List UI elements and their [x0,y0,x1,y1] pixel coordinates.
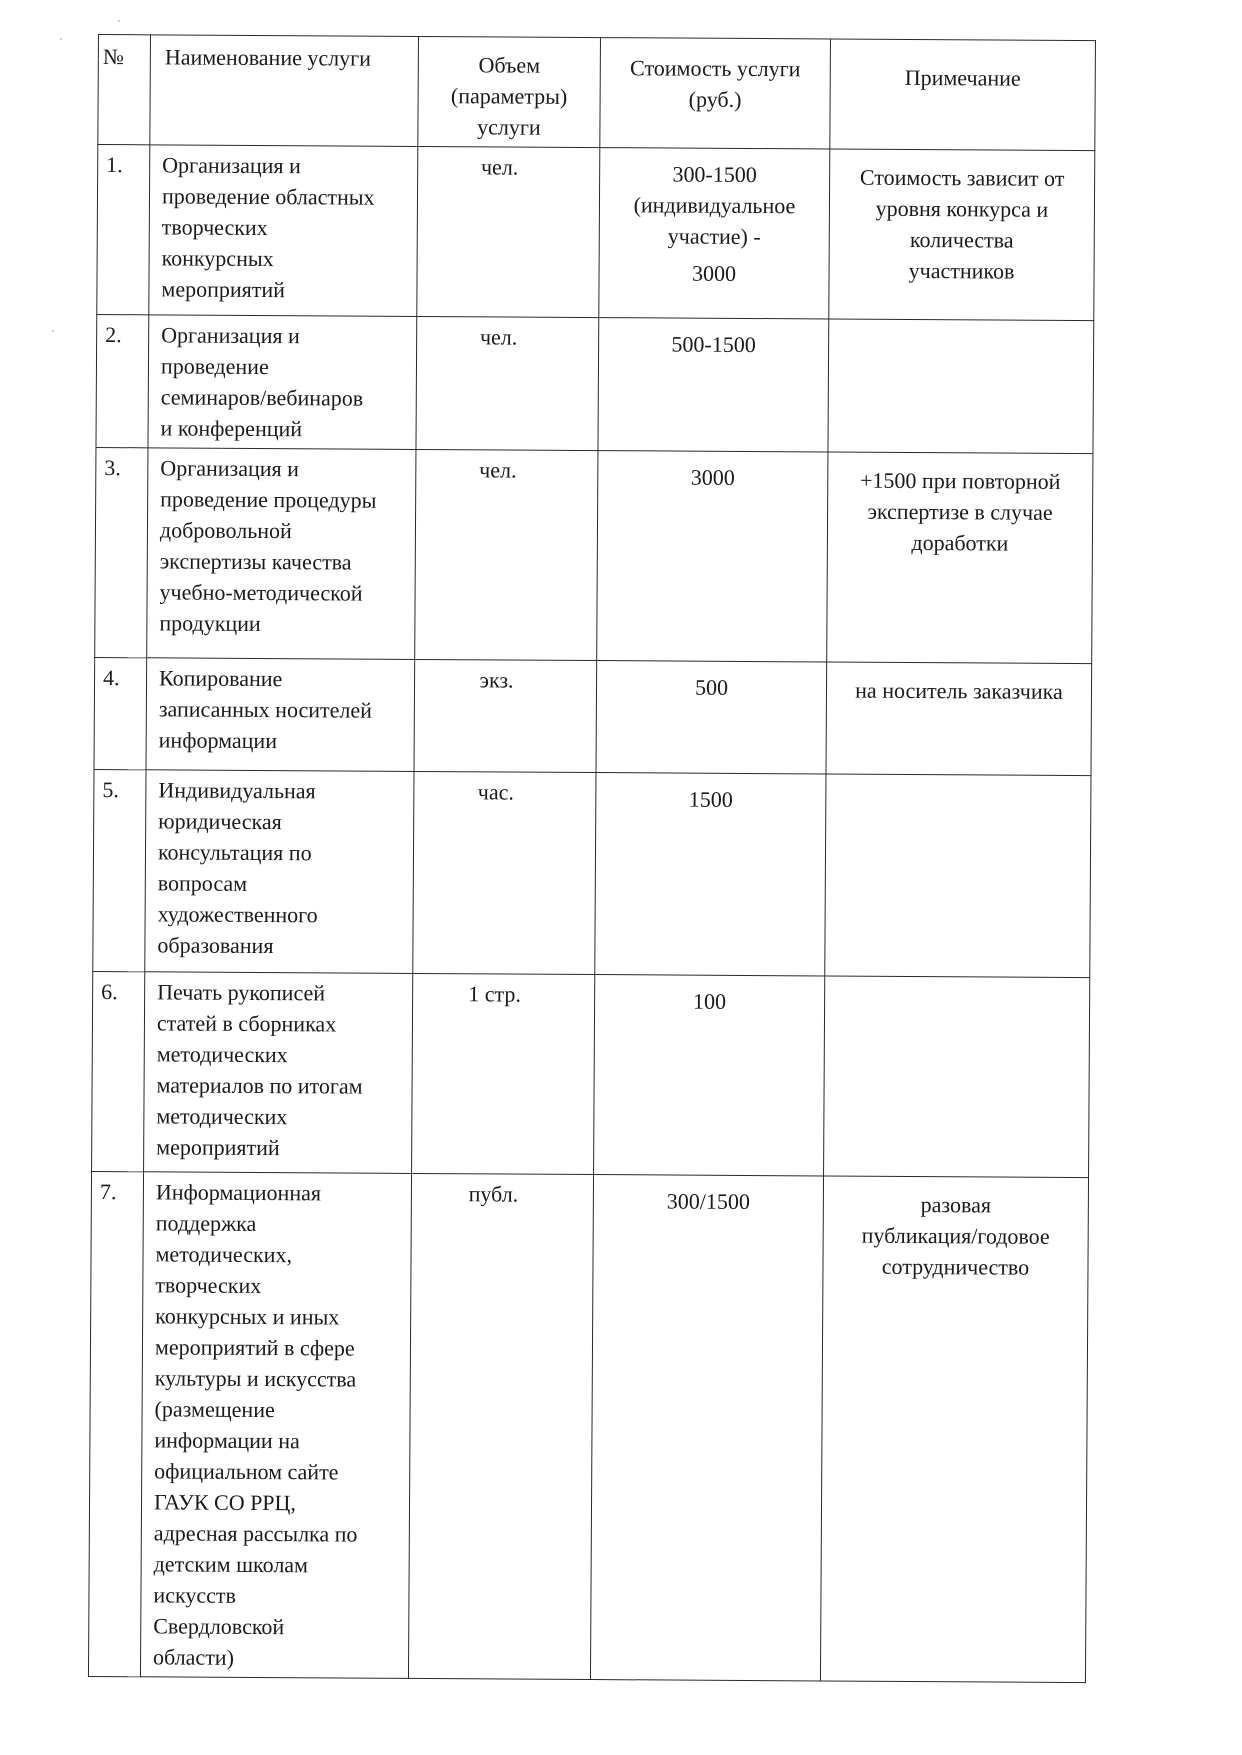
scanned-page: № Наименование услуги Объем (параметры) … [0,0,1242,1755]
table-body: 1.Организация ипроведение областныхтворч… [88,145,1094,1683]
scan-speck [52,330,54,332]
service-name: Информационнаяподдержкаметодических,твор… [140,1172,411,1679]
service-note: на носитель заказчика [826,662,1092,776]
service-volume: чел. [417,146,600,317]
service-volume: чел. [416,316,599,450]
service-volume: 1 стр. [412,973,595,1174]
row-number: 1. [97,145,150,315]
table-row: 5.Индивидуальнаяюридическаяконсультация … [93,769,1091,977]
scan-speck [60,38,62,40]
table-row: 4.Копированиезаписанных носителейинформа… [94,657,1092,775]
row-number: 7. [88,1171,143,1676]
service-volume: публ. [408,1173,593,1679]
service-volume: час. [413,771,596,974]
service-cost: 3000 [597,451,828,662]
table-row: 7.Информационнаяподдержкаметодических,тв… [88,1171,1088,1682]
row-number: 5. [93,769,146,971]
scan-speck [118,20,120,22]
row-number: 3. [95,447,148,657]
service-note: Стоимость зависит отуровня конкурса икол… [829,149,1095,321]
service-name: Печать рукописейстатей в сборникахметоди… [144,972,413,1174]
service-note: разоваяпубликация/годовоесотрудничество [820,1176,1088,1683]
service-name: Индивидуальнаяюридическаяконсультация по… [145,770,414,974]
service-note [828,319,1094,454]
service-cost: 500 [596,661,827,774]
services-price-table: № Наименование услуги Объем (параметры) … [88,34,1096,1683]
service-note [824,976,1090,1178]
header-cost: Стоимость услуги (руб.) [600,38,831,149]
row-number: 2. [96,314,149,447]
service-name: Организация ипроведениесеминаров/вебинар… [148,315,417,450]
service-cost: 300-1500(индивидуальноеучастие) -3000 [599,148,830,319]
service-cost: 1500 [595,773,826,976]
table-row: 3.Организация ипроведение процедурыдобро… [95,447,1093,663]
service-name: Организация ипроведение процедурыдоброво… [147,448,416,660]
service-cost: 500-1500 [598,318,829,452]
service-note [825,774,1091,978]
service-volume: экз. [414,659,597,772]
table-row: 1.Организация ипроведение областныхтворч… [97,145,1095,321]
service-name: Организация ипроведение областныхтворчес… [149,145,418,317]
header-volume: Объем (параметры) услуги [418,36,601,147]
header-number: № [98,35,151,145]
header-service-name: Наименование услуги [150,35,419,147]
header-note: Примечание [830,39,1096,151]
row-number: 6. [92,971,145,1171]
table-row: 2.Организация ипроведениесеминаров/вебин… [96,314,1094,453]
service-cost: 100 [594,975,825,1176]
service-note: +1500 при повторнойэкспертизе в случаедо… [827,452,1093,664]
service-volume: чел. [415,449,598,660]
table-header-row: № Наименование услуги Объем (параметры) … [98,35,1096,151]
service-cost: 300/1500 [590,1175,823,1681]
row-number: 4. [94,657,147,769]
service-name: Копированиезаписанных носителейинформаци… [146,658,415,772]
table-row: 6.Печать рукописейстатей в сборникахмето… [92,971,1090,1177]
